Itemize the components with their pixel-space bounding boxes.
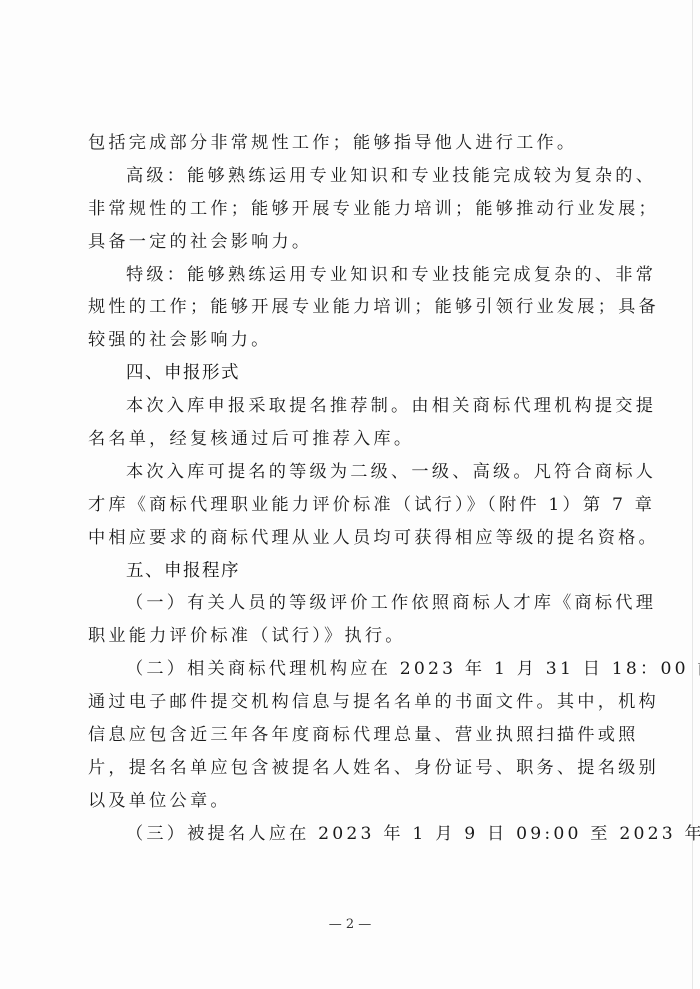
text-line: 特级：能够熟练运用专业知识和专业技能完成复杂的、非常 bbox=[88, 259, 620, 292]
text-line: 具备一定的社会影响力。 bbox=[88, 226, 620, 259]
text-line: （三）被提名人应在 2023 年 1 月 9 日 09:00 至 2023 年 … bbox=[88, 818, 620, 851]
text-line: 通过电子邮件提交机构信息与提名名单的书面文件。其中，机构 bbox=[88, 686, 620, 719]
text-line: 高级：能够熟练运用专业知识和专业技能完成较为复杂的、 bbox=[88, 160, 620, 193]
text-line: 非常规性的工作；能够开展专业能力培训；能够推动行业发展； bbox=[88, 193, 620, 226]
text-line: （一）有关人员的等级评价工作依照商标人才库《商标代理 bbox=[88, 587, 620, 620]
text-line: 规性的工作；能够开展专业能力培训；能够引领行业发展；具备 bbox=[88, 291, 620, 324]
section-heading-application-procedure: 五、申报程序 bbox=[88, 555, 620, 588]
text-line: 职业能力评价标准（试行）》执行。 bbox=[88, 620, 620, 653]
text-line: 才库《商标代理职业能力评价标准（试行）》（附件 1）第 7 章 bbox=[88, 489, 620, 522]
page-number: — 2 — bbox=[0, 917, 700, 932]
text-line: 本次入库申报采取提名推荐制。由相关商标代理机构提交提 bbox=[88, 390, 620, 423]
text-line: 较强的社会影响力。 bbox=[88, 324, 620, 357]
text-line: （二）相关商标代理机构应在 2023 年 1 月 31 日 18：00 前 bbox=[88, 653, 620, 686]
text-line: 片，提名名单应包含被提名人姓名、身份证号、职务、提名级别 bbox=[88, 752, 620, 785]
text-line: 包括完成部分非常规性工作；能够指导他人进行工作。 bbox=[88, 127, 620, 160]
document-body: 包括完成部分非常规性工作；能够指导他人进行工作。 高级：能够熟练运用专业知识和专… bbox=[88, 127, 620, 851]
text-line: 信息应包含近三年各年度商标代理总量、营业执照扫描件或照 bbox=[88, 719, 620, 752]
section-heading-application-form: 四、申报形式 bbox=[88, 357, 620, 390]
text-line: 以及单位公章。 bbox=[88, 785, 620, 818]
text-line: 名名单，经复核通过后可推荐入库。 bbox=[88, 423, 620, 456]
text-line: 中相应要求的商标代理从业人员均可获得相应等级的提名资格。 bbox=[88, 522, 620, 555]
text-line: 本次入库可提名的等级为二级、一级、高级。凡符合商标人 bbox=[88, 456, 620, 489]
